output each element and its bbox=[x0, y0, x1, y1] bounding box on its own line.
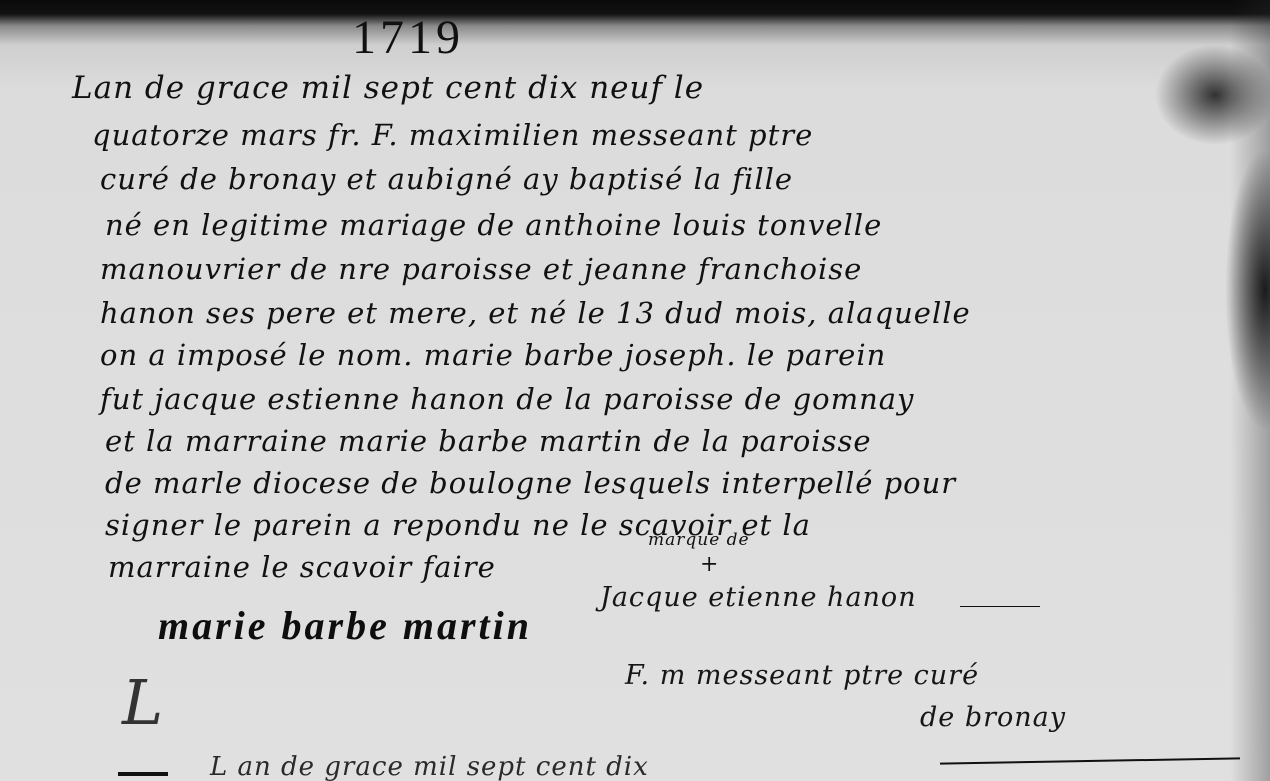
text-line-4: né en legitime mariage de anthoine louis… bbox=[105, 208, 882, 242]
text-line-3: curé de bronay et aubigné ay baptisé la … bbox=[100, 162, 793, 196]
text-line-5: manouvrier de nre paroisse et jeanne fra… bbox=[100, 252, 862, 286]
signature-godfather: Jacque etienne hanon bbox=[600, 582, 917, 613]
year-heading: 1719 bbox=[352, 10, 464, 65]
signature-godmother: marie barbe martin bbox=[158, 602, 532, 649]
register-page: 1719 Lan de grace mil sept cent dix neuf… bbox=[0, 0, 1270, 781]
mark-annotation: marque de bbox=[648, 530, 750, 550]
signature-underline bbox=[960, 606, 1040, 607]
text-line-6: hanon ses pere et mere, et né le 13 dud … bbox=[100, 296, 971, 330]
closing-flourish-line bbox=[940, 757, 1240, 764]
text-line-7: on a imposé le nom. marie barbe joseph. … bbox=[100, 338, 886, 372]
text-line-12: marraine le scavoir faire bbox=[108, 550, 496, 584]
page-edge-shadow bbox=[1230, 0, 1270, 781]
margin-stroke bbox=[118, 772, 168, 776]
text-line-1: Lan de grace mil sept cent dix neuf le bbox=[72, 70, 704, 106]
mark-cross-symbol: + bbox=[700, 552, 719, 577]
text-line-2: quatorze mars fr. F. maximilien messeant… bbox=[92, 118, 813, 152]
signature-priest-line2: de bronay bbox=[920, 702, 1066, 733]
next-entry-start: L an de grace mil sept cent dix bbox=[210, 752, 649, 781]
signature-priest-line1: F. m messeant ptre curé bbox=[625, 660, 979, 691]
text-line-8: fut jacque estienne hanon de la paroisse… bbox=[100, 382, 914, 416]
text-line-9: et la marraine marie barbe martin de la … bbox=[105, 424, 872, 458]
text-line-10: de marle diocese de boulogne lesquels in… bbox=[105, 466, 956, 500]
margin-initial: L bbox=[122, 666, 164, 739]
